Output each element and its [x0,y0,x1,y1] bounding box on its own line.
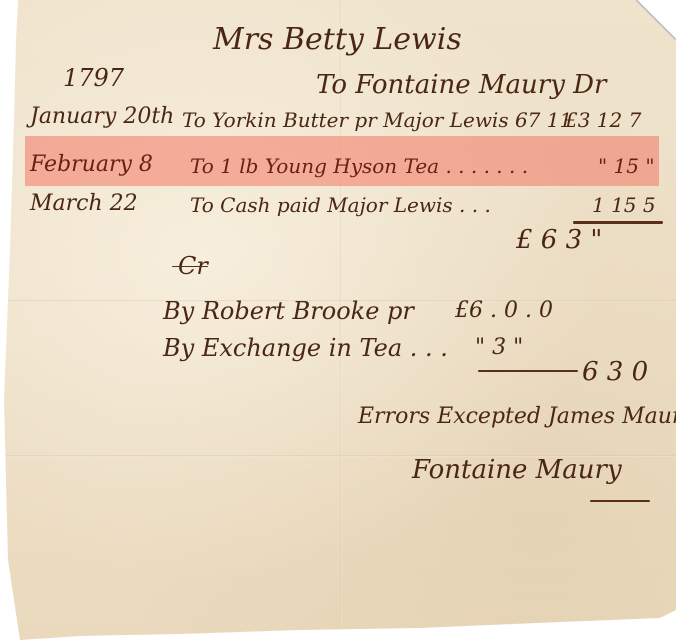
creditor-line: To Fontaine Maury Dr [316,70,606,100]
debit-date: March 22 [30,191,138,216]
year: 1797 [63,64,124,92]
debit-total-rule [573,221,663,224]
closing-note: Errors Excepted James Maury for [358,404,676,429]
torn-corner-edge [636,0,676,40]
debit-amount: 1 15 5 [592,193,656,217]
debit-amount: £3 12 7 [565,108,641,132]
credit-amount: £6 . 0 . 0 [455,298,553,323]
credit-heading-rule [172,266,208,267]
credit-description: By Exchange in Tea . . . [163,334,448,362]
addressee: Mrs Betty Lewis [213,22,462,57]
signature-flourish [590,500,650,502]
debit-amount: " 15 " [598,154,655,178]
debit-description: To Yorkin Butter pr Major Lewis 67 11 [182,108,572,132]
debit-total: £ 6 3 " [516,225,602,255]
debit-description: To 1 lb Young Hyson Tea . . . . . . . [190,154,528,178]
debit-description: To Cash paid Major Lewis . . . [190,193,491,217]
credit-amount: " 3 " [475,335,523,360]
credit-total: 6 3 0 [582,357,648,387]
signature: Fontaine Maury [412,455,622,485]
credit-description: By Robert Brooke pr [163,297,414,325]
credit-total-rule [478,370,578,372]
debit-date: February 8 [30,152,153,177]
aged-paper-document: Mrs Betty Lewis 1797 To Fontaine Maury D… [0,0,676,643]
debit-date: January 20th [30,104,174,129]
